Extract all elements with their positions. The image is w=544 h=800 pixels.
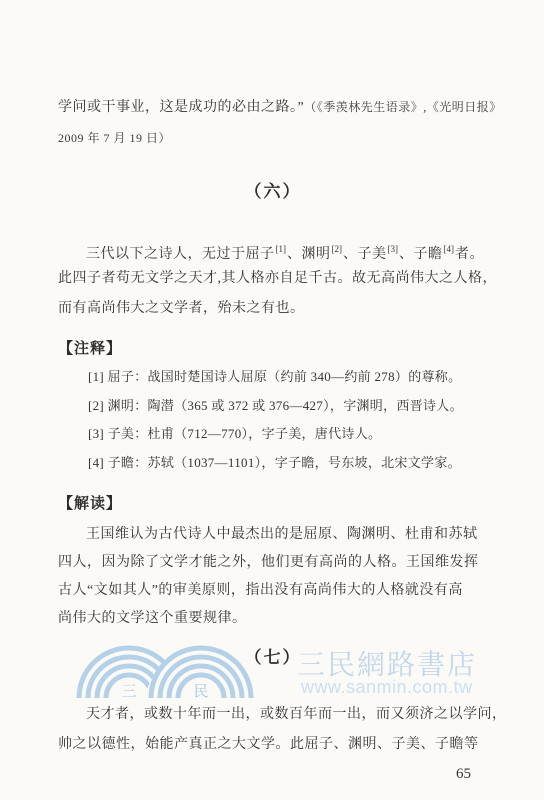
section-six-paragraph: 三代以下之诗人，无过于屈子[1]、渊明[2]、子美[3]、子瞻[4]者。 此四子… <box>58 234 488 324</box>
text-line: 帅之以德性，始能产真正之大文学。此屈子、渊明、子美、子瞻等 <box>58 730 488 760</box>
text-line: 王国维认为古代诗人中最杰出的是屈原、陶渊明、杜甫和苏轼 <box>58 521 488 549</box>
intro-citation-date: 2009 年 7 月 19 日） <box>58 131 171 145</box>
page-number: 65 <box>456 766 471 783</box>
annotations-list: [1] 屈子：战国时楚国诗人屈原（约前 340—约前 278）的尊称。 [2] … <box>58 363 488 477</box>
text-line: 学问或干事业，这是成功的必由之路。”（《季羡林先生语录》,《光明日报》 <box>58 92 488 123</box>
book-page-scan: 三 民 三民網路書店 www.sanmin.com.tw 学问或干事业，这是成功… <box>0 0 544 800</box>
text-line: 三代以下之诗人，无过于屈子[1]、渊明[2]、子美[3]、子瞻[4]者。 <box>58 234 488 264</box>
text-segment: 、渊明 <box>287 247 331 262</box>
text-segment: 三代以下之诗人，无过于屈子 <box>86 247 275 262</box>
annotation-item: [3] 子美：杜甫（712—770），字子美，唐代诗人。 <box>58 420 488 449</box>
footnote-ref-1: [1] <box>276 244 287 254</box>
section-six-heading: （六） <box>58 180 488 204</box>
text-line: 天才者，或数十年而一出，或数百年而一出，而又须济之以学问， <box>58 700 488 730</box>
intro-citation-paragraph: 学问或干事业，这是成功的必由之路。”（《季羡林先生语录》,《光明日报》 2009… <box>58 92 488 154</box>
footnote-ref-2: [2] <box>332 244 343 254</box>
text-line: 尚伟大的文学这个重要规律。 <box>58 605 488 633</box>
text-line: 古人“文如其人”的审美原则，指出没有高尚伟大的人格就没有高 <box>58 577 488 605</box>
section-seven-heading: （七） <box>58 646 488 670</box>
annotation-item: [2] 渊明：陶潜（365 或 372 或 376—427），字渊明，西晋诗人。 <box>58 392 488 421</box>
text-line: 而有高尚伟大之文学者，殆未之有也。 <box>58 294 488 324</box>
interpretation-header: 【解读】 <box>58 495 488 513</box>
text-line: 2009 年 7 月 19 日） <box>58 123 488 154</box>
text-line: 此四子者苟无文学之天才,其人格亦自足千古。故无高尚伟大之人格， <box>58 264 488 294</box>
text-line: 四人，因为除了文学才能之外，他们更有高尚的人格。王国维发挥 <box>58 549 488 577</box>
intro-sentence: 学问或干事业，这是成功的必由之路。” <box>58 100 304 115</box>
intro-citation-source: （《季羡林先生语录》,《光明日报》 <box>304 100 502 114</box>
footnote-ref-4: [4] <box>444 244 455 254</box>
section-seven-paragraph: 天才者，或数十年而一出，或数百年而一出，而又须济之以学问， 帅之以德性，始能产真… <box>58 700 488 759</box>
text-segment: 、子瞻 <box>399 247 443 262</box>
text-segment: 、子美 <box>343 247 387 262</box>
annotation-item: [1] 屈子：战国时楚国诗人屈原（约前 340—约前 278）的尊称。 <box>58 363 488 392</box>
text-segment: 者。 <box>455 247 484 262</box>
annotation-item: [4] 子瞻：苏轼（1037—1101），字子瞻，号东坡，北宋文学家。 <box>58 449 488 478</box>
annotations-header: 【注释】 <box>58 340 488 358</box>
footnote-ref-3: [3] <box>388 244 399 254</box>
page-content: 学问或干事业，这是成功的必由之路。”（《季羡林先生语录》,《光明日报》 2009… <box>0 0 544 759</box>
interpretation-paragraph: 王国维认为古代诗人中最杰出的是屈原、陶渊明、杜甫和苏轼 四人，因为除了文学才能之… <box>58 521 488 633</box>
